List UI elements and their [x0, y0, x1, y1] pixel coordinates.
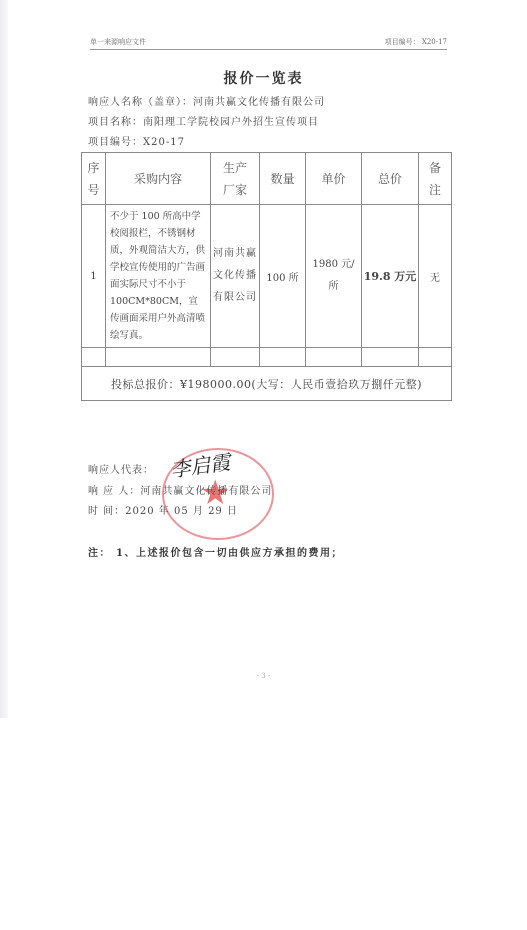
page-header: 单一来源响应文件 项目编号： X20-17 — [90, 37, 447, 50]
quotation-table: 序号 采购内容 生产厂家 数量 单价 总价 备注 1 不少于 100 所高中学校… — [81, 152, 452, 401]
project-number: 项目编号：X20-17 — [88, 133, 185, 148]
total-quote: 投标总报价：¥198000.00(大写：人民币壹拾玖万捌仟元整) — [82, 367, 452, 401]
total-row: 投标总报价：¥198000.00(大写：人民币壹拾玖万捌仟元整) — [82, 367, 452, 401]
page-number: - 3 - — [0, 672, 527, 680]
col-seq: 序号 — [82, 153, 106, 205]
blank-row — [82, 348, 452, 367]
project-name: 项目名称：南阳理工学院校园户外招生宣传项目 — [88, 113, 319, 128]
note: 注： 1、上述报价包含一切由供应方承担的费用； — [88, 544, 343, 559]
rep-label: 响应人代表： — [88, 461, 154, 476]
header-right: 项目编号： X20-17 — [385, 37, 447, 47]
page-title: 报价一览表 — [0, 68, 527, 88]
cell-unit-price: 1980 元/所 — [306, 205, 362, 348]
cell-total: 19.8 万元 — [362, 205, 419, 348]
col-content: 采购内容 — [106, 153, 211, 205]
cell-maker: 河南共赢文化传播有限公司 — [211, 205, 260, 348]
table-row: 1 不少于 100 所高中学校阅报栏，不锈钢材质，外观简洁大方，供学校宣传使用的… — [82, 205, 452, 348]
col-total: 总价 — [362, 153, 419, 205]
col-unit-price: 单价 — [306, 153, 362, 205]
cell-qty: 100 所 — [260, 205, 306, 348]
cell-seq: 1 — [82, 205, 106, 348]
responder-line: 响 应 人：河南共赢文化传播有限公司 — [88, 482, 272, 497]
table-header-row: 序号 采购内容 生产厂家 数量 单价 总价 备注 — [82, 153, 452, 205]
date-line: 时 间：2020 年 05 月 29 日 — [88, 502, 238, 517]
responder-name: 响应人名称（盖章）：河南共赢文化传播有限公司 — [88, 93, 325, 108]
col-maker: 生产厂家 — [211, 153, 260, 205]
col-qty: 数量 — [260, 153, 306, 205]
scan-edge — [0, 0, 8, 718]
header-left: 单一来源响应文件 — [90, 37, 146, 47]
cell-content: 不少于 100 所高中学校阅报栏，不锈钢材质，外观简洁大方，供学校宣传使用的广告… — [106, 205, 211, 348]
col-remark: 备注 — [419, 153, 452, 205]
cell-remark: 无 — [419, 205, 452, 348]
